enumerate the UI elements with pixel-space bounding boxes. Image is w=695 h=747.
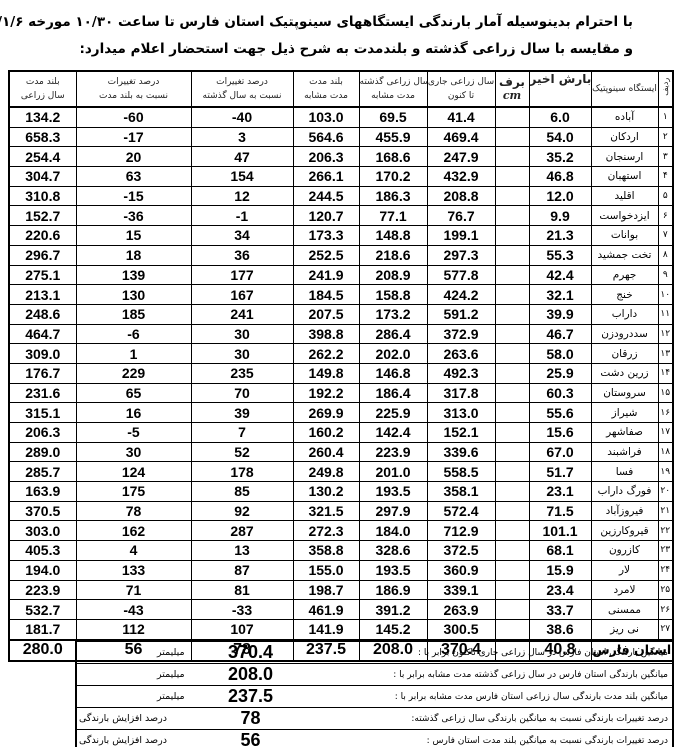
last-year-similar-cell: 297.9 <box>359 501 427 521</box>
last-year-similar-cell: 168.6 <box>359 147 427 167</box>
station-name-cell: زرین دشت <box>591 363 658 383</box>
current-year-cell: 300.5 <box>427 619 495 639</box>
last-year-similar-cell: 286.4 <box>359 324 427 344</box>
last-year-similar-cell: 170.2 <box>359 167 427 187</box>
recent-rain-cell: 15.9 <box>529 560 591 580</box>
longterm-similar-cell: 192.2 <box>293 383 359 403</box>
table-row: 532.7-43-33461.9391.2263.933.7ممسنی۲۶ <box>9 600 673 620</box>
header-recent-rain: بارش اخیر <box>529 71 591 107</box>
change-vs-last-year-cell: 92 <box>191 501 293 521</box>
change-vs-last-year-cell: 154 <box>191 167 293 187</box>
longterm-annual-cell: 213.1 <box>9 285 76 305</box>
last-year-similar-cell: 193.5 <box>359 560 427 580</box>
station-name-cell: اقلید <box>591 186 658 206</box>
current-year-cell: 208.8 <box>427 186 495 206</box>
snow-cell <box>495 344 529 364</box>
table-row: 181.7112107141.9145.2300.538.6نی ریز۲۷ <box>9 619 673 639</box>
longterm-similar-cell: 461.9 <box>293 600 359 620</box>
change-vs-last-year-cell: -1 <box>191 206 293 226</box>
change-vs-longterm-cell: -17 <box>76 127 191 147</box>
current-year-cell: 372.5 <box>427 541 495 561</box>
recent-rain-cell: 33.7 <box>529 600 591 620</box>
longterm-annual-cell: 532.7 <box>9 600 76 620</box>
change-vs-longterm-cell: 30 <box>76 442 191 462</box>
current-year-cell: 297.3 <box>427 245 495 265</box>
last-year-similar-cell: 223.9 <box>359 442 427 462</box>
current-year-cell: 492.3 <box>427 363 495 383</box>
station-name-cell: فسا <box>591 462 658 482</box>
change-vs-last-year-cell: 70 <box>191 383 293 403</box>
snow-cell <box>495 501 529 521</box>
station-name-cell: خنج <box>591 285 658 305</box>
recent-rain-cell: 42.4 <box>529 265 591 285</box>
snow-cell <box>495 265 529 285</box>
current-year-cell: 263.6 <box>427 344 495 364</box>
change-vs-longterm-cell: -36 <box>76 206 191 226</box>
total-longterm-annual: 280.0 <box>9 640 76 661</box>
change-vs-longterm-cell: 15 <box>76 226 191 246</box>
summary-row: میلیمتر237.5میانگین بلند مدت بارندگی سال… <box>76 686 673 708</box>
longterm-annual-cell: 206.3 <box>9 423 76 443</box>
snow-cell <box>495 560 529 580</box>
table-row: 254.42047206.3168.6247.935.2ارسنجان۳ <box>9 147 673 167</box>
change-vs-last-year-cell: 13 <box>191 541 293 561</box>
longterm-similar-cell: 155.0 <box>293 560 359 580</box>
table-row: 231.66570192.2186.4317.860.3سروستان۱۵ <box>9 383 673 403</box>
last-year-similar-cell: 186.3 <box>359 186 427 206</box>
table-row: 248.6185241207.5173.2591.239.9داراب۱۱ <box>9 304 673 324</box>
longterm-annual-cell: 223.9 <box>9 580 76 600</box>
table-row: 176.7229235149.8146.8492.325.9زرین دشت۱۴ <box>9 363 673 383</box>
change-vs-last-year-cell: 177 <box>191 265 293 285</box>
longterm-annual-cell: 405.3 <box>9 541 76 561</box>
current-year-cell: 199.1 <box>427 226 495 246</box>
snow-cell <box>495 147 529 167</box>
snow-cell <box>495 304 529 324</box>
change-vs-longterm-cell: 139 <box>76 265 191 285</box>
table-row: 658.3-173564.6455.9469.454.0اردکان۲ <box>9 127 673 147</box>
recent-rain-cell: 54.0 <box>529 127 591 147</box>
row-number-cell: ۱۵ <box>658 383 673 403</box>
station-name-cell: بوانات <box>591 226 658 246</box>
row-number-cell: ۱۴ <box>658 363 673 383</box>
station-name-cell: فیروزآباد <box>591 501 658 521</box>
last-year-similar-cell: 69.5 <box>359 107 427 127</box>
table-row: 220.61534173.3148.8199.121.3بوانات۷ <box>9 226 673 246</box>
change-vs-longterm-cell: -5 <box>76 423 191 443</box>
row-number-cell: ۹ <box>658 265 673 285</box>
table-row: 275.1139177241.9208.9577.842.4جهرم۹ <box>9 265 673 285</box>
row-number-cell: ۲۳ <box>658 541 673 561</box>
snow-cell <box>495 541 529 561</box>
snow-cell <box>495 462 529 482</box>
summary-row: درصد افزایش بارندگی78درصد تغییرات بارندگ… <box>76 708 673 730</box>
station-name-cell: لامرد <box>591 580 658 600</box>
station-name-cell: استهبان <box>591 167 658 187</box>
current-year-cell: 558.5 <box>427 462 495 482</box>
last-year-similar-cell: 202.0 <box>359 344 427 364</box>
recent-rain-cell: 55.6 <box>529 403 591 423</box>
last-year-similar-cell: 186.4 <box>359 383 427 403</box>
change-vs-last-year-cell: -33 <box>191 600 293 620</box>
last-year-similar-cell: 77.1 <box>359 206 427 226</box>
station-name-cell: اردکان <box>591 127 658 147</box>
station-name-cell: ایزدخواست <box>591 206 658 226</box>
summary-unit: میلیمتر <box>76 664 199 686</box>
summary-value: 56 <box>199 730 302 747</box>
longterm-annual-cell: 275.1 <box>9 265 76 285</box>
snow-cell <box>495 383 529 403</box>
longterm-annual-cell: 134.2 <box>9 107 76 127</box>
header-last-year-similar: سال زراعی گذشتهمدت مشابه <box>359 71 427 107</box>
current-year-cell: 372.9 <box>427 324 495 344</box>
snow-cell <box>495 245 529 265</box>
longterm-similar-cell: 103.0 <box>293 107 359 127</box>
longterm-similar-cell: 252.5 <box>293 245 359 265</box>
station-name-cell: لار <box>591 560 658 580</box>
change-vs-longterm-cell: 65 <box>76 383 191 403</box>
snow-cell <box>495 600 529 620</box>
longterm-similar-cell: 173.3 <box>293 226 359 246</box>
station-name-cell: زرقان <box>591 344 658 364</box>
recent-rain-cell: 38.6 <box>529 619 591 639</box>
longterm-annual-cell: 310.8 <box>9 186 76 206</box>
station-name-cell: سددرودزن <box>591 324 658 344</box>
summary-value: 370.4 <box>199 642 302 664</box>
current-year-cell: 360.9 <box>427 560 495 580</box>
change-vs-last-year-cell: 107 <box>191 619 293 639</box>
change-vs-longterm-cell: 162 <box>76 521 191 541</box>
longterm-annual-cell: 303.0 <box>9 521 76 541</box>
table-row: 223.97181198.7186.9339.123.4لامرد۲۵ <box>9 580 673 600</box>
current-year-cell: 247.9 <box>427 147 495 167</box>
longterm-similar-cell: 398.8 <box>293 324 359 344</box>
longterm-similar-cell: 269.9 <box>293 403 359 423</box>
longterm-similar-cell: 160.2 <box>293 423 359 443</box>
station-name-cell: صفاشهر <box>591 423 658 443</box>
snow-cell <box>495 107 529 127</box>
change-vs-longterm-cell: 130 <box>76 285 191 305</box>
recent-rain-cell: 35.2 <box>529 147 591 167</box>
change-vs-last-year-cell: 167 <box>191 285 293 305</box>
last-year-similar-cell: 225.9 <box>359 403 427 423</box>
recent-rain-cell: 39.9 <box>529 304 591 324</box>
change-vs-last-year-cell: 235 <box>191 363 293 383</box>
change-vs-last-year-cell: 52 <box>191 442 293 462</box>
recent-rain-cell: 60.3 <box>529 383 591 403</box>
last-year-similar-cell: 218.6 <box>359 245 427 265</box>
table-row: 289.03052260.4223.9339.667.0فراشبند۱۸ <box>9 442 673 462</box>
snow-cell <box>495 226 529 246</box>
table-row: 206.3-57160.2142.4152.115.6صفاشهر۱۷ <box>9 423 673 443</box>
table-row: 285.7124178249.8201.0558.551.7فسا۱۹ <box>9 462 673 482</box>
change-vs-longterm-cell: -15 <box>76 186 191 206</box>
current-year-cell: 358.1 <box>427 482 495 502</box>
table-row: 304.763154266.1170.2432.946.8استهبان۴ <box>9 167 673 187</box>
change-vs-longterm-cell: 175 <box>76 482 191 502</box>
longterm-similar-cell: 184.5 <box>293 285 359 305</box>
row-number-cell: ۱ <box>658 107 673 127</box>
current-year-cell: 469.4 <box>427 127 495 147</box>
recent-rain-cell: 25.9 <box>529 363 591 383</box>
longterm-annual-cell: 658.3 <box>9 127 76 147</box>
longterm-similar-cell: 141.9 <box>293 619 359 639</box>
change-vs-longterm-cell: -43 <box>76 600 191 620</box>
longterm-similar-cell: 206.3 <box>293 147 359 167</box>
row-number-cell: ۵ <box>658 186 673 206</box>
last-year-similar-cell: 148.8 <box>359 226 427 246</box>
recent-rain-cell: 67.0 <box>529 442 591 462</box>
table-row: 405.3413358.8328.6372.568.1کازرون۲۳ <box>9 541 673 561</box>
row-number-cell: ۲ <box>658 127 673 147</box>
header-current-year: سال زراعی جاریتا کنون <box>427 71 495 107</box>
change-vs-last-year-cell: 287 <box>191 521 293 541</box>
row-number-cell: ۸ <box>658 245 673 265</box>
rainfall-table: بلند مدتسال زراعی درصد تغییراتنسبت به بل… <box>8 70 674 662</box>
change-vs-longterm-cell: 185 <box>76 304 191 324</box>
row-number-cell: ۲۴ <box>658 560 673 580</box>
summary-description: میانگین بارندگی استان فارس در سال زراعی … <box>302 664 673 686</box>
longterm-annual-cell: 163.9 <box>9 482 76 502</box>
summary-unit: درصد افزایش بارندگی <box>76 708 199 730</box>
row-number-cell: ۲۵ <box>658 580 673 600</box>
last-year-similar-cell: 184.0 <box>359 521 427 541</box>
station-name-cell: جهرم <box>591 265 658 285</box>
recent-rain-cell: 58.0 <box>529 344 591 364</box>
change-vs-last-year-cell: 34 <box>191 226 293 246</box>
row-number-cell: ۷ <box>658 226 673 246</box>
longterm-similar-cell: 241.9 <box>293 265 359 285</box>
current-year-cell: 432.9 <box>427 167 495 187</box>
row-number-cell: ۱۲ <box>658 324 673 344</box>
change-vs-longterm-cell: -6 <box>76 324 191 344</box>
change-vs-longterm-cell: 112 <box>76 619 191 639</box>
longterm-annual-cell: 309.0 <box>9 344 76 364</box>
snow-cell <box>495 324 529 344</box>
recent-rain-cell: 46.8 <box>529 167 591 187</box>
snow-cell <box>495 442 529 462</box>
summary-value: 237.5 <box>199 686 302 708</box>
header-change-vs-last-year: درصد تغییراتنسبت به سال گذشته <box>191 71 293 107</box>
summary-row: درصد افزایش بارندگی56درصد تغییرات بارندگ… <box>76 730 673 747</box>
longterm-annual-cell: 152.7 <box>9 206 76 226</box>
table-row: 310.8-1512244.5186.3208.812.0اقلید۵ <box>9 186 673 206</box>
longterm-similar-cell: 564.6 <box>293 127 359 147</box>
recent-rain-cell: 51.7 <box>529 462 591 482</box>
recent-rain-cell: 55.3 <box>529 245 591 265</box>
summary-unit: میلیمتر <box>76 686 199 708</box>
change-vs-last-year-cell: 87 <box>191 560 293 580</box>
snow-cell <box>495 127 529 147</box>
last-year-similar-cell: 158.8 <box>359 285 427 305</box>
summary-unit: درصد افزایش بارندگی <box>76 730 199 747</box>
change-vs-last-year-cell: 12 <box>191 186 293 206</box>
change-vs-last-year-cell: 30 <box>191 344 293 364</box>
last-year-similar-cell: 142.4 <box>359 423 427 443</box>
change-vs-longterm-cell: 124 <box>76 462 191 482</box>
station-name-cell: تخت جمشید <box>591 245 658 265</box>
snow-cell <box>495 423 529 443</box>
longterm-similar-cell: 207.5 <box>293 304 359 324</box>
last-year-similar-cell: 391.2 <box>359 600 427 620</box>
snow-cell <box>495 167 529 187</box>
row-number-cell: ۱۶ <box>658 403 673 423</box>
longterm-annual-cell: 176.7 <box>9 363 76 383</box>
last-year-similar-cell: 145.2 <box>359 619 427 639</box>
change-vs-longterm-cell: 18 <box>76 245 191 265</box>
change-vs-last-year-cell: 47 <box>191 147 293 167</box>
recent-rain-cell: 21.3 <box>529 226 591 246</box>
table-row: 213.1130167184.5158.8424.232.1خنج۱۰ <box>9 285 673 305</box>
report-title-line-2: و مقایسه با سال زراعی گذشته و بلندمدت به… <box>13 41 633 57</box>
summary-table: میلیمتر370.4میانگین بارندگی استان فارس د… <box>75 641 674 747</box>
table-row: 315.11639269.9225.9313.055.6شیراز۱۶ <box>9 403 673 423</box>
station-name-cell: آباده <box>591 107 658 127</box>
current-year-cell: 317.8 <box>427 383 495 403</box>
current-year-cell: 339.6 <box>427 442 495 462</box>
summary-description: درصد تغییرات بارندگی نسبت به میانگین بلن… <box>302 730 673 747</box>
table-row: 163.917585130.2193.5358.123.1فورگ داراب۲… <box>9 482 673 502</box>
last-year-similar-cell: 208.9 <box>359 265 427 285</box>
row-number-cell: ۲۲ <box>658 521 673 541</box>
change-vs-longterm-cell: 229 <box>76 363 191 383</box>
current-year-cell: 339.1 <box>427 580 495 600</box>
summary-value: 208.0 <box>199 664 302 686</box>
snow-cell <box>495 619 529 639</box>
longterm-annual-cell: 296.7 <box>9 245 76 265</box>
current-year-cell: 572.4 <box>427 501 495 521</box>
change-vs-longterm-cell: 133 <box>76 560 191 580</box>
last-year-similar-cell: 201.0 <box>359 462 427 482</box>
longterm-annual-cell: 304.7 <box>9 167 76 187</box>
recent-rain-cell: 32.1 <box>529 285 591 305</box>
row-number-cell: ۱۱ <box>658 304 673 324</box>
table-row: 194.013387155.0193.5360.915.9لار۲۴ <box>9 560 673 580</box>
longterm-annual-cell: 285.7 <box>9 462 76 482</box>
row-number-cell: ۱۰ <box>658 285 673 305</box>
table-row: 464.7-630398.8286.4372.946.7سددرودزن۱۲ <box>9 324 673 344</box>
snow-cell <box>495 521 529 541</box>
table-row: 296.71836252.5218.6297.355.3تخت جمشید۸ <box>9 245 673 265</box>
longterm-similar-cell: 262.2 <box>293 344 359 364</box>
recent-rain-cell: 23.1 <box>529 482 591 502</box>
last-year-similar-cell: 193.5 <box>359 482 427 502</box>
station-name-cell: ارسنجان <box>591 147 658 167</box>
summary-unit: میلیمتر <box>76 642 199 664</box>
change-vs-longterm-cell: 78 <box>76 501 191 521</box>
row-number-cell: ۱۳ <box>658 344 673 364</box>
summary-row: میلیمتر370.4میانگین بارندگی استان فارس د… <box>76 642 673 664</box>
longterm-similar-cell: 358.8 <box>293 541 359 561</box>
summary-value: 78 <box>199 708 302 730</box>
change-vs-longterm-cell: 71 <box>76 580 191 600</box>
snow-cell <box>495 482 529 502</box>
summary-description: درصد تغییرات بارندگی نسبت به میانگین بار… <box>302 708 673 730</box>
row-number-cell: ۴ <box>658 167 673 187</box>
longterm-similar-cell: 244.5 <box>293 186 359 206</box>
change-vs-last-year-cell: 178 <box>191 462 293 482</box>
change-vs-last-year-cell: 85 <box>191 482 293 502</box>
change-vs-longterm-cell: 4 <box>76 541 191 561</box>
change-vs-last-year-cell: -40 <box>191 107 293 127</box>
header-row-number: ردیف <box>658 71 673 107</box>
current-year-cell: 591.2 <box>427 304 495 324</box>
last-year-similar-cell: 455.9 <box>359 127 427 147</box>
table-row: 370.57892321.5297.9572.471.5فیروزآباد۲۱ <box>9 501 673 521</box>
row-number-cell: ۳ <box>658 147 673 167</box>
change-vs-longterm-cell: 16 <box>76 403 191 423</box>
recent-rain-cell: 9.9 <box>529 206 591 226</box>
row-number-cell: ۱۹ <box>658 462 673 482</box>
longterm-similar-cell: 272.3 <box>293 521 359 541</box>
recent-rain-cell: 68.1 <box>529 541 591 561</box>
snow-cell <box>495 186 529 206</box>
table-row: 309.0130262.2202.0263.658.0زرقان۱۳ <box>9 344 673 364</box>
table-row: 303.0162287272.3184.0712.9101.1قیروکارزی… <box>9 521 673 541</box>
last-year-similar-cell: 328.6 <box>359 541 427 561</box>
change-vs-last-year-cell: 39 <box>191 403 293 423</box>
snow-cell <box>495 206 529 226</box>
snow-cell <box>495 580 529 600</box>
station-name-cell: قیروکارزین <box>591 521 658 541</box>
change-vs-last-year-cell: 7 <box>191 423 293 443</box>
longterm-annual-cell: 254.4 <box>9 147 76 167</box>
recent-rain-cell: 23.4 <box>529 580 591 600</box>
change-vs-last-year-cell: 30 <box>191 324 293 344</box>
longterm-similar-cell: 130.2 <box>293 482 359 502</box>
longterm-similar-cell: 249.8 <box>293 462 359 482</box>
table-row: 134.2-60-40103.069.541.46.0آباده۱ <box>9 107 673 127</box>
snow-cell <box>495 403 529 423</box>
row-number-cell: ۲۱ <box>658 501 673 521</box>
summary-description: میانگین بلند مدت بارندگی سال زراعی استان… <box>302 686 673 708</box>
station-name-cell: نی ریز <box>591 619 658 639</box>
header-longterm-similar: بلند مدتمدت مشابه <box>293 71 359 107</box>
longterm-similar-cell: 321.5 <box>293 501 359 521</box>
longterm-similar-cell: 266.1 <box>293 167 359 187</box>
longterm-annual-cell: 231.6 <box>9 383 76 403</box>
snow-cell <box>495 363 529 383</box>
change-vs-last-year-cell: 81 <box>191 580 293 600</box>
header-station: ایستگاه سینوپتیک <box>591 71 658 107</box>
header-change-vs-longterm: درصد تغییراتنسبت به بلند مدت <box>76 71 191 107</box>
station-name-cell: سروستان <box>591 383 658 403</box>
station-name-cell: شیراز <box>591 403 658 423</box>
last-year-similar-cell: 146.8 <box>359 363 427 383</box>
longterm-annual-cell: 315.1 <box>9 403 76 423</box>
station-name-cell: ممسنی <box>591 600 658 620</box>
current-year-cell: 263.9 <box>427 600 495 620</box>
row-number-cell: ۲۰ <box>658 482 673 502</box>
summary-row: میلیمتر208.0میانگین بارندگی استان فارس د… <box>76 664 673 686</box>
summary-description: میانگین بارندگی استان فارس در سال زراعی … <box>302 642 673 664</box>
table-header-row: بلند مدتسال زراعی درصد تغییراتنسبت به بل… <box>9 71 673 107</box>
longterm-similar-cell: 198.7 <box>293 580 359 600</box>
current-year-cell: 424.2 <box>427 285 495 305</box>
recent-rain-cell: 71.5 <box>529 501 591 521</box>
last-year-similar-cell: 186.9 <box>359 580 427 600</box>
current-year-cell: 41.4 <box>427 107 495 127</box>
change-vs-last-year-cell: 36 <box>191 245 293 265</box>
row-number-cell: ۱۸ <box>658 442 673 462</box>
row-number-cell: ۲۷ <box>658 619 673 639</box>
recent-rain-cell: 12.0 <box>529 186 591 206</box>
table-row: 152.7-36-1120.777.176.79.9ایزدخواست۶ <box>9 206 673 226</box>
change-vs-longterm-cell: 20 <box>76 147 191 167</box>
longterm-annual-cell: 181.7 <box>9 619 76 639</box>
change-vs-longterm-cell: 63 <box>76 167 191 187</box>
row-number-cell: ۱۷ <box>658 423 673 443</box>
